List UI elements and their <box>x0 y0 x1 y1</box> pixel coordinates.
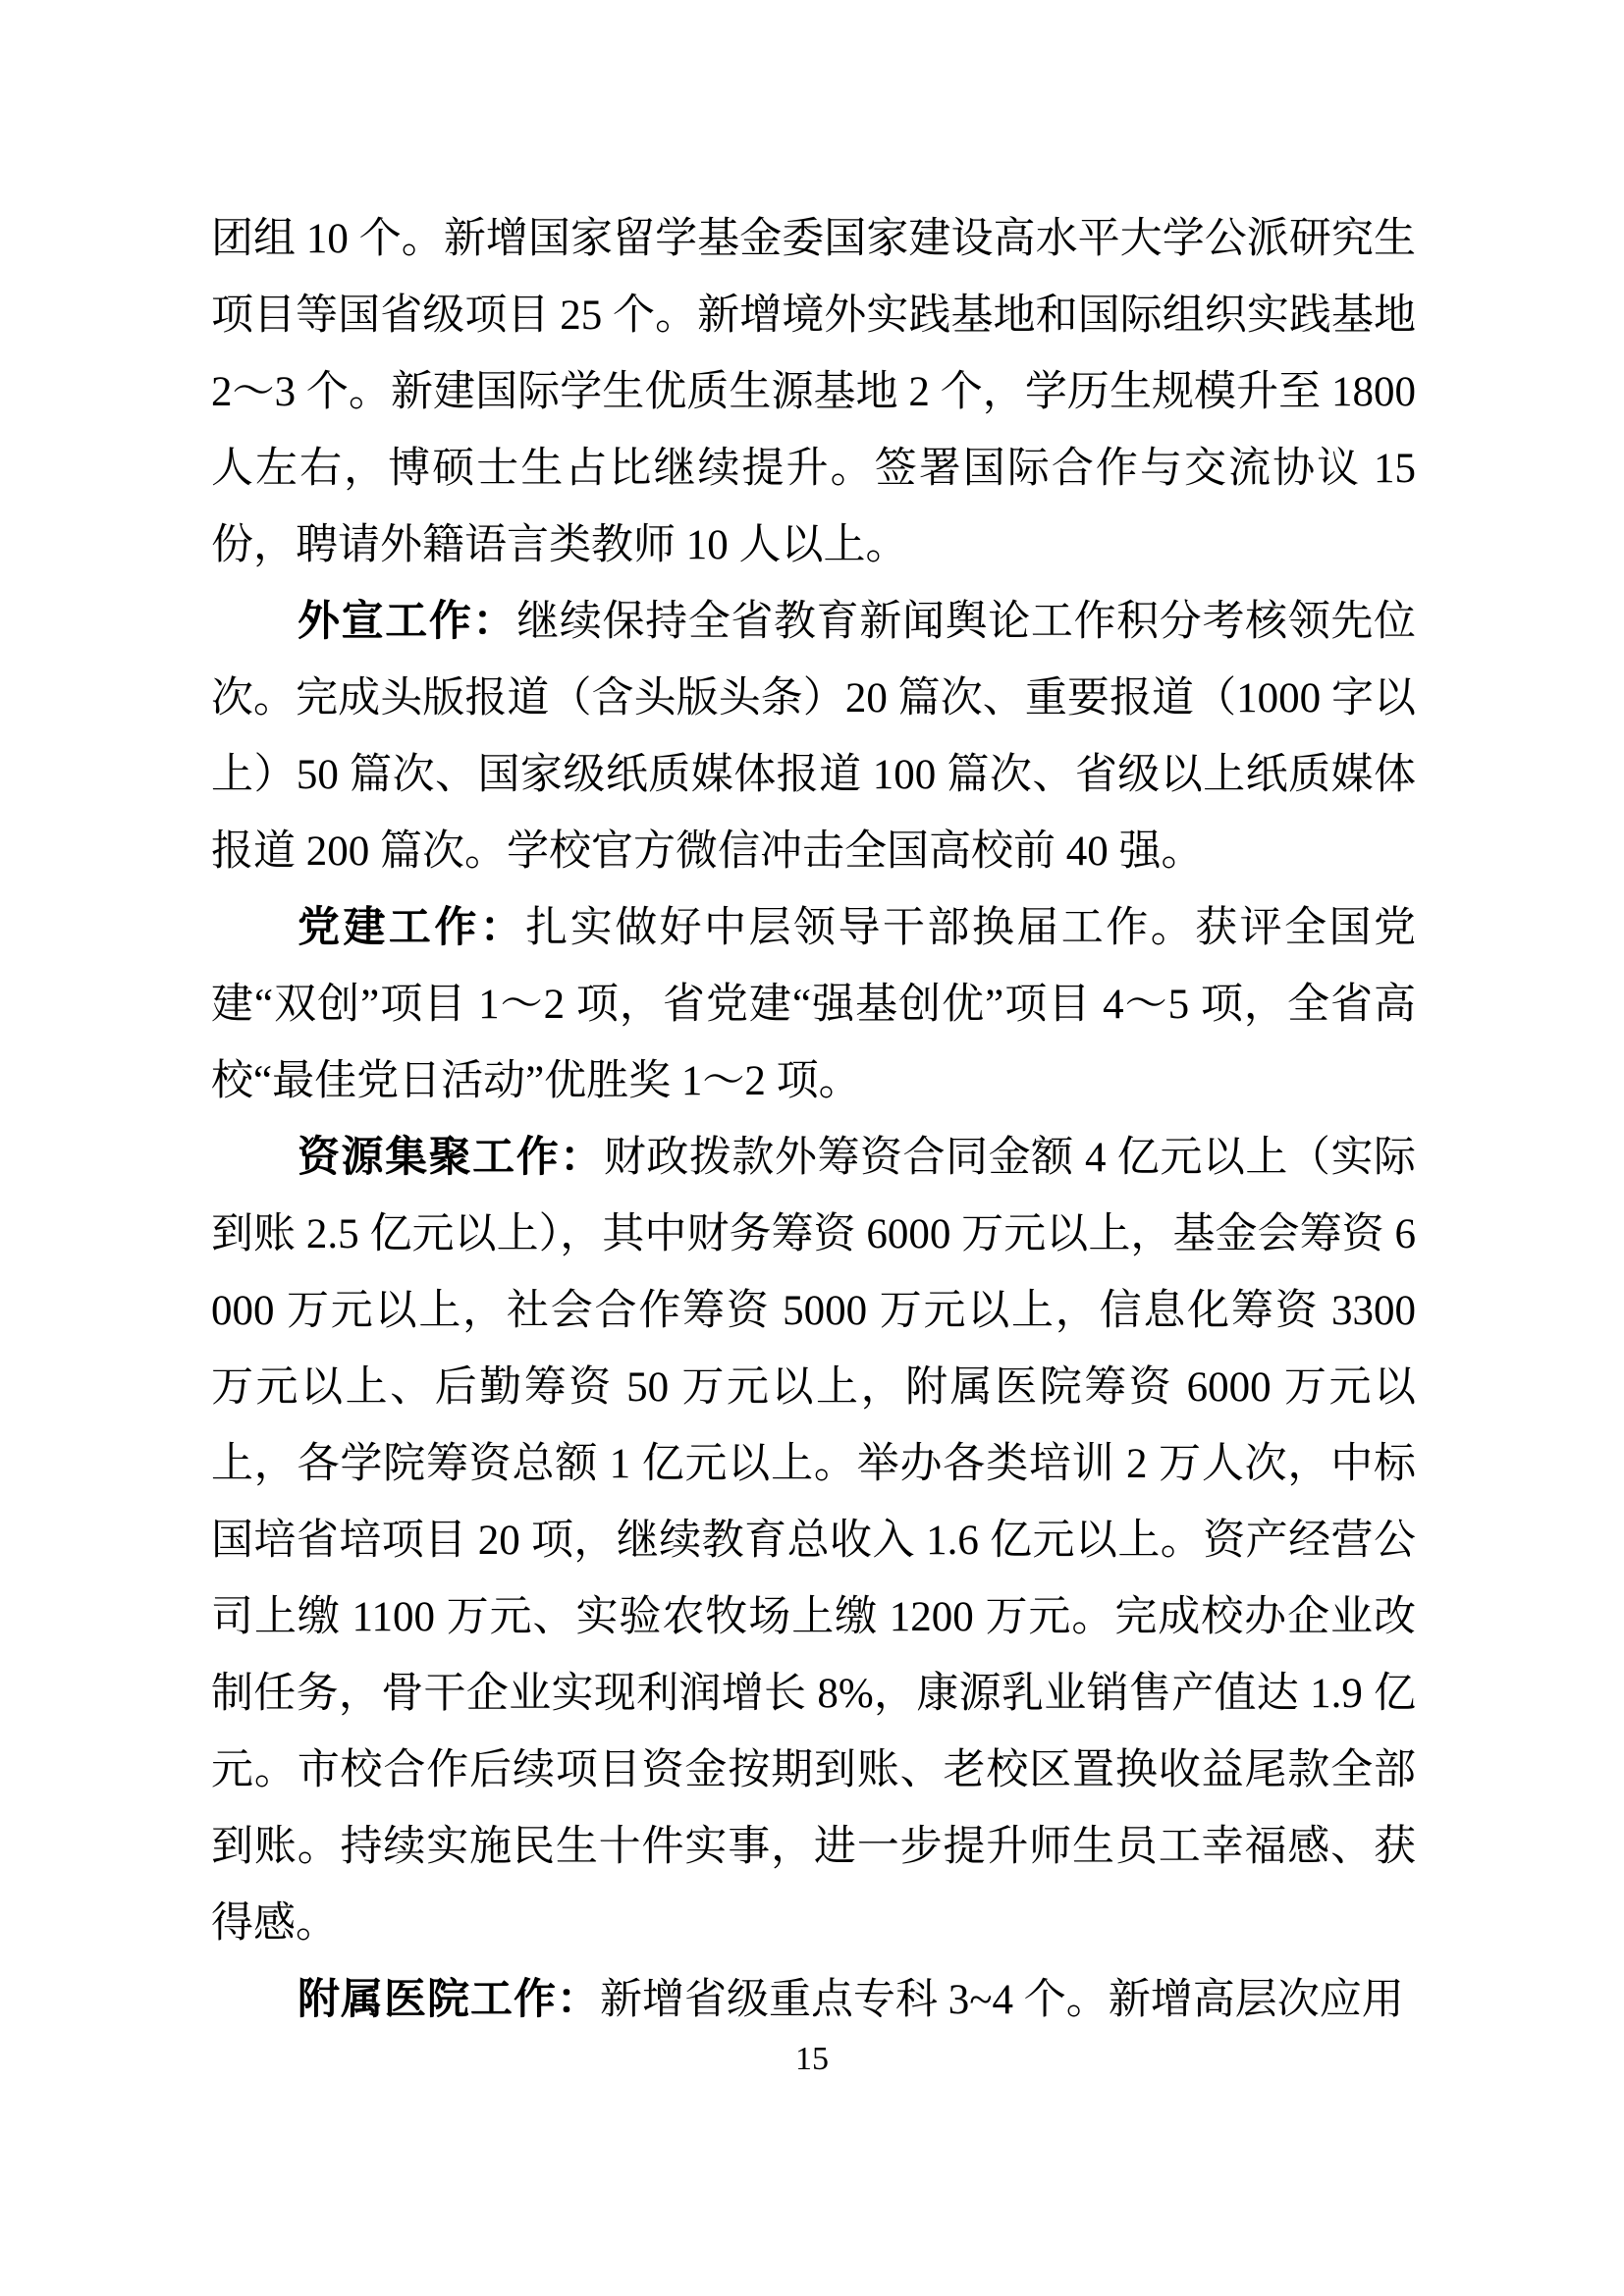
paragraph-resource-gathering: 资源集聚工作：财政拨款外筹资合同金额 4 亿元以上（实际到账 2.5 亿元以上）… <box>211 1120 1416 1962</box>
paragraph-heading: 资源集聚工作： <box>298 1135 604 1181</box>
paragraph-party-building: 党建工作：扎实做好中层领导干部换届工作。获评全国党建“双创”项目 1～2 项，省… <box>211 890 1416 1120</box>
paragraph-continuation: 团组 10 个。新增国家留学基金委国家建设高水平大学公派研究生项目等国省级项目 … <box>211 201 1416 584</box>
document-page: 团组 10 个。新增国家留学基金委国家建设高水平大学公派研究生项目等国省级项目 … <box>0 0 1624 2296</box>
document-body: 团组 10 个。新增国家留学基金委国家建设高水平大学公派研究生项目等国省级项目 … <box>211 201 1416 2039</box>
paragraph-heading: 外宣工作： <box>298 599 516 645</box>
paragraph-heading: 附属医院工作： <box>298 1977 600 2023</box>
page-number: 15 <box>0 2038 1624 2081</box>
paragraph-text: 新增省级重点专科 3~4 个。新增高层次应用 <box>600 1977 1404 2023</box>
paragraph-heading: 党建工作： <box>298 905 525 951</box>
paragraph-text: 财政拨款外筹资合同金额 4 亿元以上（实际到账 2.5 亿元以上），其中财务筹资… <box>211 1135 1416 1947</box>
paragraph-affiliated-hospital: 附属医院工作：新增省级重点专科 3~4 个。新增高层次应用 <box>211 1962 1416 2039</box>
paragraph-external-publicity: 外宣工作：继续保持全省教育新闻舆论工作积分考核领先位次。完成头版报道（含头版头条… <box>211 584 1416 890</box>
paragraph-text: 团组 10 个。新增国家留学基金委国家建设高水平大学公派研究生项目等国省级项目 … <box>211 216 1416 568</box>
